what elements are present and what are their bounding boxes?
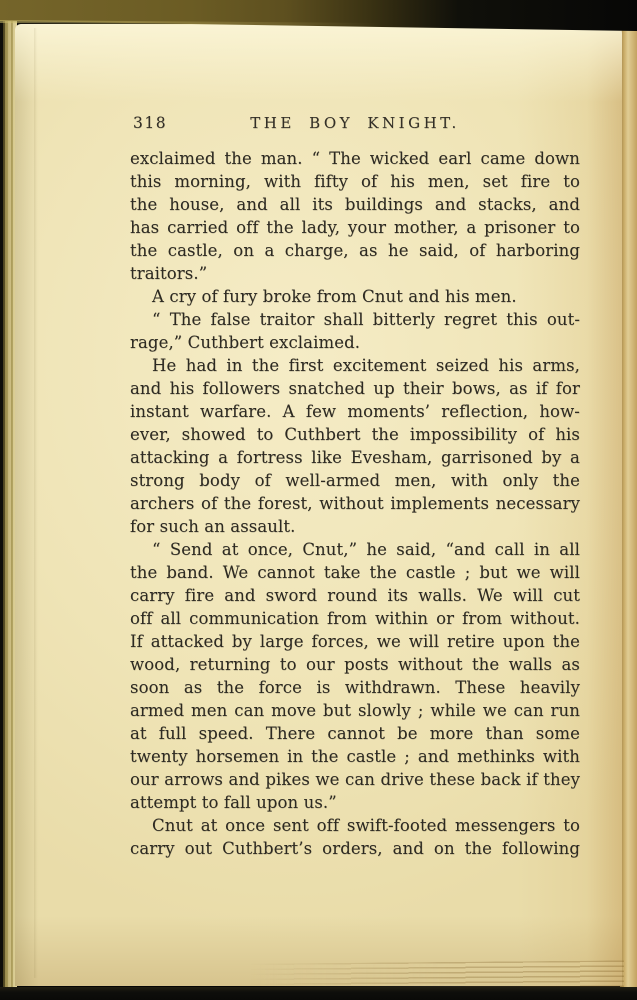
text-line: for such an assault.: [130, 515, 580, 538]
scanned-book-photo: 318 THE BOY KNIGHT. exclaimed the man. “…: [0, 0, 637, 1000]
running-title: THE BOY KNIGHT.: [130, 114, 580, 132]
text-line: traitors.”: [130, 262, 580, 285]
text-line: carry fire and sword round its walls. We…: [130, 584, 580, 607]
page-number: 318: [133, 114, 167, 132]
text-line: twenty horsemen in the castle ; and meth…: [130, 745, 580, 768]
paragraph: A cry of fury broke from Cnut and his me…: [130, 285, 580, 308]
text-line: at full speed. There cannot be more than…: [130, 722, 580, 745]
text-line: the house, and all its buildings and sta…: [130, 193, 580, 216]
paragraph: “ Send at once, Cnut,” he said, “and cal…: [130, 538, 580, 814]
paragraph: “ The false traitor shall bitterly regre…: [130, 308, 580, 354]
text-line: “ The false traitor shall bitterly regre…: [130, 308, 580, 331]
paragraph: exclaimed the man. “ The wicked earl cam…: [130, 147, 580, 285]
text-line: soon as the force is withdrawn. These he…: [130, 676, 580, 699]
fore-edge-pages: [620, 24, 637, 990]
text-line: He had in the first excitement seized hi…: [130, 354, 580, 377]
page-header: 318 THE BOY KNIGHT.: [130, 114, 580, 136]
text-line: armed men can move but slowly ; while we…: [130, 699, 580, 722]
text-line: exclaimed the man. “ The wicked earl cam…: [130, 147, 580, 170]
text-line: wood, returning to our posts without the…: [130, 653, 580, 676]
page-crease: [34, 28, 37, 978]
text-line: strong body of well-armed men, with only…: [130, 469, 580, 492]
page-text: exclaimed the man. “ The wicked earl cam…: [130, 147, 580, 860]
text-line: off all communication from within or fro…: [130, 607, 580, 630]
text-line: has carried off the lady, your mother, a…: [130, 216, 580, 239]
paragraph: He had in the first excitement seized hi…: [130, 354, 580, 538]
text-line: instant warfare. A few moments’ reflecti…: [130, 400, 580, 423]
text-line: the castle, on a charge, as he said, of …: [130, 239, 580, 262]
text-line: this morning, with fifty of his men, set…: [130, 170, 580, 193]
text-line: attacking a fortress like Evesham, garri…: [130, 446, 580, 469]
text-line: archers of the forest, without implement…: [130, 492, 580, 515]
text-line: If attacked by large forces, we will ret…: [130, 630, 580, 653]
text-line: carry out Cuthbert’s orders, and on the …: [130, 837, 580, 860]
text-line: A cry of fury broke from Cnut and his me…: [130, 285, 580, 308]
text-line: our arrows and pikes we can drive these …: [130, 768, 580, 791]
paragraph: Cnut at once sent off swift-footed messe…: [130, 814, 580, 860]
text-line: and his followers snatched up their bows…: [130, 377, 580, 400]
text-line: Cnut at once sent off swift-footed messe…: [130, 814, 580, 837]
text-line: the band. We cannot take the castle ; bu…: [130, 561, 580, 584]
book-bottom-edge: [0, 987, 637, 1000]
text-line: rage,” Cuthbert exclaimed.: [130, 331, 580, 354]
text-line: ever, showed to Cuthbert the impossibili…: [130, 423, 580, 446]
text-line: “ Send at once, Cnut,” he said, “and cal…: [130, 538, 580, 561]
text-line: attempt to fall upon us.”: [130, 791, 580, 814]
